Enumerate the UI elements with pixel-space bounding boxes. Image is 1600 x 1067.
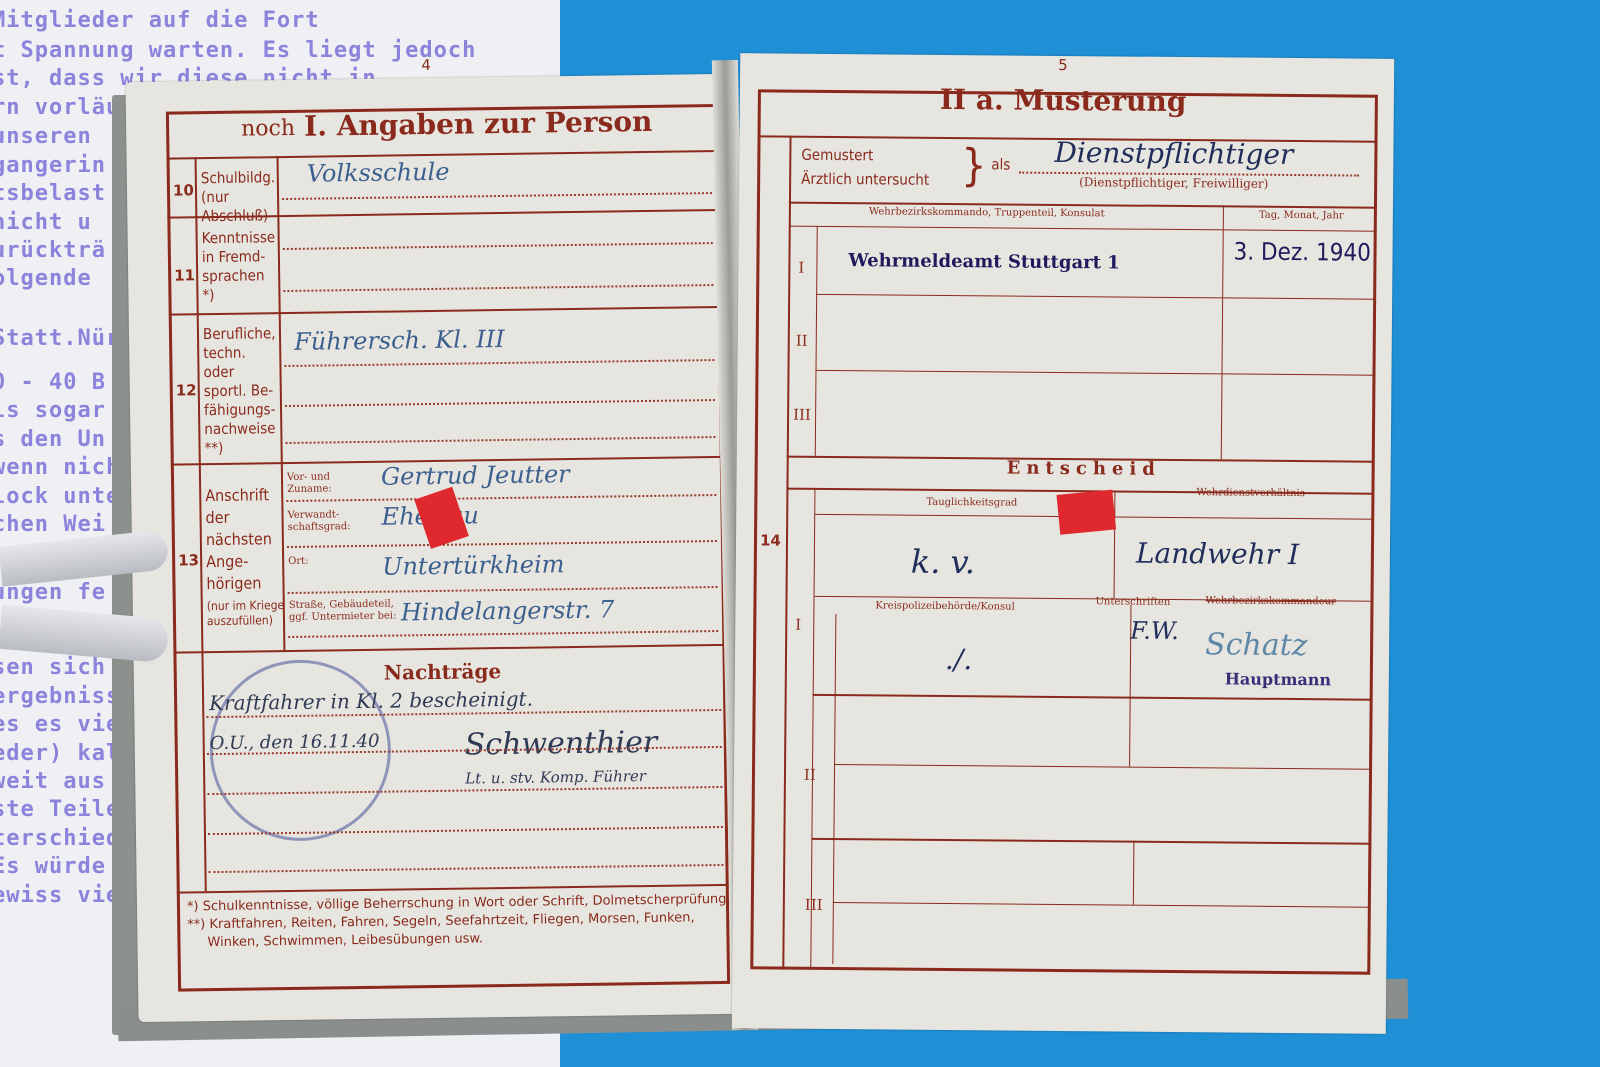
typed-line: wenn nich [0, 455, 120, 480]
typed-line: eder) kal [0, 741, 120, 766]
handwritten-strasse: Hindelangerstr. 7 [401, 595, 615, 626]
typed-line: Es würde [0, 854, 106, 879]
header-fitness: Tauglichkeitsgrad [926, 497, 1017, 510]
row-label-fremdsprachen: Kenntnisse in Fremd-sprachen *) [202, 228, 277, 305]
typed-line: chen Wei [0, 512, 106, 537]
typed-line: terschied [0, 826, 120, 851]
handwritten-name: Gertrud Jeutter [381, 460, 570, 491]
section-title: II a. Musterung [940, 83, 1187, 118]
header-office: Wehrbezirkskommando, Truppenteil, Konsul… [869, 206, 1105, 220]
field-label-name: Vor- und Zuname: [287, 471, 357, 496]
typed-line: sen sich [0, 655, 106, 680]
row-note-kriege: (nur im Kriege auszufüllen) [207, 598, 287, 629]
typed-line: ste Teile [0, 797, 120, 822]
roman-numeral: III [805, 896, 823, 915]
stamp-date: 3. Dez. 1940 [1233, 237, 1371, 266]
section-title: I. Angaben zur Person [304, 105, 653, 143]
roman-numeral: II [796, 332, 808, 351]
right-page: 5 II a. Musterung Gemustert Ärztlich unt… [732, 53, 1394, 1034]
typed-line: lock unte [0, 484, 120, 509]
field-label-relation: Verwandt-schaftsgrad: [287, 509, 357, 534]
header-date: Tag, Monat, Jahr [1259, 210, 1344, 223]
roman-numeral: II [804, 766, 816, 785]
row-label-angehoerige: Anschrift der nächsten Ange-hörigen [205, 484, 283, 595]
page-number: 4 [421, 56, 431, 74]
roman-numeral: I [795, 616, 801, 635]
typed-line: tsbelast [0, 181, 106, 206]
als-label: als [991, 155, 1010, 174]
row-number: 13 [178, 551, 199, 569]
stamp-wehrmeldeamt: Wehrmeldeamt Stuttgart 1 [848, 250, 1119, 273]
stamp-rank: Hauptmann [1225, 669, 1331, 689]
header-police: Kreispolizeibehörde/Konsul [875, 600, 1014, 613]
typed-line: 0 - 40 B [0, 370, 106, 395]
field-label-ort: Ort: [288, 555, 358, 568]
header-commander: Wehrbezirkskommandeur [1205, 595, 1335, 608]
typed-line: olgende [0, 266, 92, 291]
typed-line: nicht u [0, 210, 92, 235]
aerztlich-label: Ärztlich untersucht [801, 170, 929, 190]
typed-line: s den Un [0, 427, 106, 452]
roman-numeral: III [793, 406, 811, 425]
handwritten-befaehigung: Führersch. Kl. III [294, 325, 505, 356]
handwritten-initials: F.W. [1130, 617, 1179, 645]
typed-line: weit aus [0, 769, 106, 794]
typed-line: gangerin [0, 153, 106, 178]
handwritten-police: ./. [945, 643, 973, 676]
row-number: 14 [760, 531, 781, 549]
red-tab-marker [1056, 490, 1116, 535]
commander-signature: Schatz [1205, 627, 1308, 663]
typed-line: ls sogar [0, 398, 106, 423]
gemustert-hint: (Dienstpflichtiger, Freiwilliger) [1079, 176, 1268, 190]
handwritten-nachtrag-line-1: Kraftfahrer in Kl. 2 bescheinigt. [209, 687, 533, 716]
page-number: 5 [1058, 56, 1068, 74]
handwritten-schulbildung: Volksschule [307, 158, 450, 188]
nachtraege-heading: Nachträge [384, 659, 502, 685]
left-page: 4 noch I. Angaben zur Person 10 Schulbil… [125, 74, 738, 1022]
handwritten-service: Landwehr I [1136, 537, 1299, 571]
handwritten-fitness: k. v. [911, 543, 976, 582]
handwritten-dienstpflichtiger: Dienstpflichtiger [1054, 136, 1293, 171]
header-signatures: Unterschriften [1095, 596, 1170, 609]
handwritten-ort: Untertürkheim [382, 550, 565, 581]
row-number: 12 [176, 381, 197, 399]
gemustert-label: Gemustert [801, 146, 873, 166]
typed-line: urückträ [0, 238, 106, 263]
brace: } [961, 141, 987, 191]
typed-line: es es vie [0, 712, 120, 737]
roman-numeral: I [798, 259, 804, 278]
row-number: 11 [174, 266, 195, 284]
header-service: Wehrdienstverhältnis [1196, 487, 1305, 500]
row-label-befaehigung: Berufliche, techn. oder sportl. Be-fähig… [203, 324, 281, 458]
typed-line: unseren [0, 124, 92, 149]
signature-title: Lt. u. stv. Komp. Führer [465, 767, 646, 788]
entscheid-heading: Entscheid [1007, 458, 1161, 480]
typed-line: Mitglieder auf die Fort [0, 8, 320, 33]
row-number: 10 [173, 181, 194, 199]
signature: Schwenthier [465, 725, 658, 763]
typed-line: ewiss vie [0, 883, 120, 908]
field-label-strasse: Straße, Gebäudeteil, ggf. Untermieter be… [289, 598, 399, 624]
title-prefix: noch [241, 116, 295, 142]
typed-line: t Spannung warten. Es liegt jedoch [0, 38, 476, 63]
